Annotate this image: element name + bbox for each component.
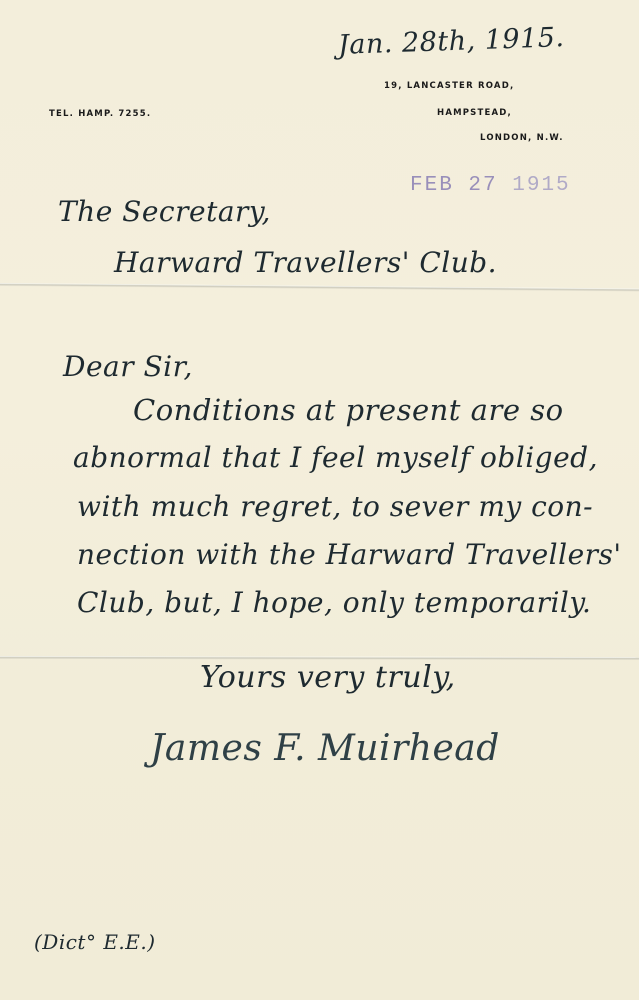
stamp-month-day: FEB 27 bbox=[410, 174, 498, 197]
recipient-line1: The Secretary, bbox=[58, 195, 271, 228]
body-line-5: Club, but, I hope, only temporarily. bbox=[77, 586, 591, 619]
body-line-3: with much regret, to sever my con- bbox=[77, 490, 593, 523]
letter-date: Jan. 28th, 1915. bbox=[338, 22, 565, 61]
letter-page: Jan. 28th, 1915. 19, LANCASTER ROAD, TEL… bbox=[0, 0, 639, 1000]
dictated-annotation: (Dict° E.E.) bbox=[34, 930, 156, 954]
stamp-year: 1915 bbox=[512, 174, 570, 197]
letterhead-telephone: TEL. HAMP. 7255. bbox=[49, 109, 151, 119]
body-line-2: abnormal that I feel myself obliged, bbox=[73, 441, 598, 474]
body-line-1: Conditions at present are so bbox=[133, 393, 564, 427]
signature: James F. Muirhead bbox=[150, 728, 500, 769]
letterhead-address-line1: 19, LANCASTER ROAD, bbox=[384, 81, 514, 91]
letterhead-address-line2: HAMPSTEAD, bbox=[437, 108, 512, 118]
letterhead-address-line3: LONDON, N.W. bbox=[480, 133, 564, 143]
recipient-line2: Harward Travellers' Club. bbox=[114, 246, 497, 279]
salutation: Dear Sir, bbox=[63, 350, 193, 383]
received-date-stamp: FEB 27 1915 bbox=[410, 174, 571, 197]
closing: Yours very truly, bbox=[200, 660, 456, 695]
fold-line-upper bbox=[0, 283, 639, 292]
body-line-4: nection with the Harward Travellers' bbox=[77, 538, 622, 571]
